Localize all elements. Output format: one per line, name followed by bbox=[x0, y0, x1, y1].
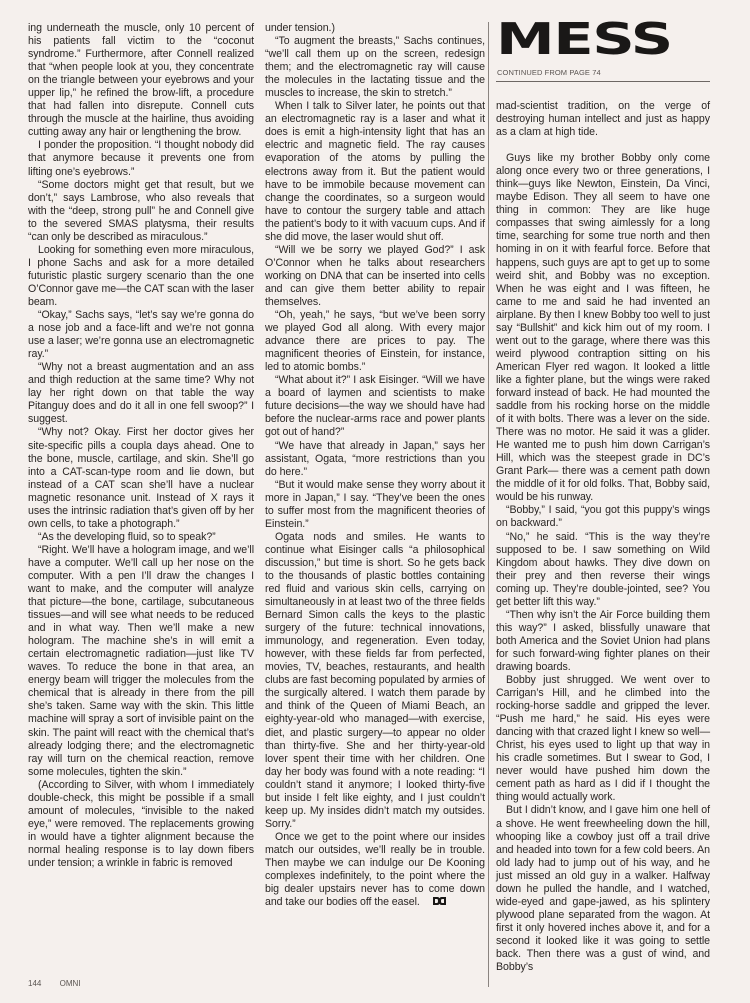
omni-end-mark-icon bbox=[422, 896, 447, 910]
paragraph: “Right. We’ll have a hologram image, and… bbox=[28, 544, 254, 779]
paragraph: “What about it?” I ask Eisinger. “Will w… bbox=[265, 374, 485, 439]
paragraph: “Why not? Okay. First her doctor gives h… bbox=[28, 426, 254, 530]
paragraph: I ponder the proposition. “I thought nob… bbox=[28, 139, 254, 178]
article-headline: MESS bbox=[496, 18, 672, 62]
paragraph: “Then why isn’t the Air Force building t… bbox=[496, 609, 710, 674]
paragraph: “To augment the breasts,” Sachs continue… bbox=[265, 35, 485, 100]
page-number: 144 bbox=[28, 979, 41, 988]
magazine-name: OMNI bbox=[60, 979, 81, 988]
paragraph: “We have that already in Japan,” says he… bbox=[265, 440, 485, 479]
paragraph: mad-scientist tradition, on the verge of… bbox=[496, 100, 710, 139]
paragraph: under tension.) bbox=[265, 22, 485, 35]
paragraph-text: Once we get to the point where our insid… bbox=[265, 831, 485, 908]
paragraph: Ogata nods and smiles. He wants to conti… bbox=[265, 531, 485, 831]
paragraph: Looking for something even more miraculo… bbox=[28, 244, 254, 309]
last-paragraph: Once we get to the point where our insid… bbox=[265, 831, 485, 910]
paragraph: “As the developing fluid, so to speak?” bbox=[28, 531, 254, 544]
continued-from-label: CONTINUED FROM PAGE 74 bbox=[497, 68, 601, 77]
page-footer: 144 OMNI bbox=[28, 979, 96, 988]
paragraph: ing underneath the muscle, only 10 perce… bbox=[28, 22, 254, 139]
paragraph: “Bobby,” I said, “you got this puppy’s w… bbox=[496, 504, 710, 530]
paragraph: “But it would make sense they worry abou… bbox=[265, 479, 485, 531]
paragraph: Guys like my brother Bobby only come alo… bbox=[496, 152, 710, 504]
paragraph: When I talk to Silver later, he points o… bbox=[265, 100, 485, 244]
article-column-2: under tension.) “To augment the breasts,… bbox=[265, 22, 485, 910]
paragraph: “Oh, yeah,” he says, “but we’ve been sor… bbox=[265, 309, 485, 374]
article-column-1: ing underneath the muscle, only 10 perce… bbox=[28, 22, 254, 870]
article-column-3: mad-scientist tradition, on the verge of… bbox=[496, 100, 710, 974]
column-divider bbox=[488, 22, 489, 987]
paragraph: But I didn’t know, and I gave him one he… bbox=[496, 804, 710, 974]
paragraph: “Okay,” Sachs says, “let’s say we’re gon… bbox=[28, 309, 254, 361]
paragraph: (According to Silver, with whom I immedi… bbox=[28, 779, 254, 870]
paragraph: “Some doctors might get that result, but… bbox=[28, 179, 254, 244]
paragraph: “No,” he said. “This is the way they’re … bbox=[496, 531, 710, 609]
headline-rule bbox=[496, 81, 710, 82]
paragraph: Bobby just shrugged. We went over to Car… bbox=[496, 674, 710, 804]
paragraph: “Why not a breast augmentation and an as… bbox=[28, 361, 254, 426]
paragraph: “Will we be sorry we played God?” I ask … bbox=[265, 244, 485, 309]
